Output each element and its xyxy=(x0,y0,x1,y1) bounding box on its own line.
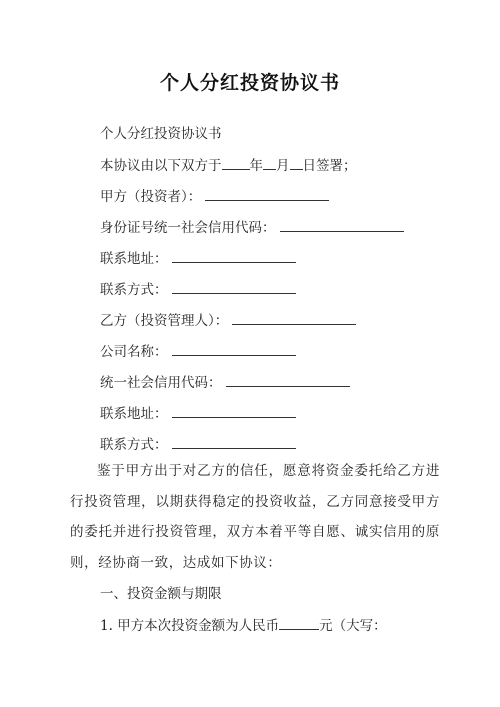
section-1-heading: 一、投资金额与期限 xyxy=(100,584,222,604)
party-b-contact-blank[interactable] xyxy=(172,434,296,449)
item-1-suffix: 元（大写： xyxy=(319,618,387,634)
party-b-credit-code-label: 统一社会信用代码： xyxy=(100,375,222,391)
party-a-blank[interactable] xyxy=(205,186,329,201)
investment-amount-blank[interactable] xyxy=(279,615,319,630)
party-b-company-label: 公司名称： xyxy=(100,344,168,360)
party-b-label: 乙方（投资管理人）： xyxy=(100,313,228,329)
party-a-label: 甲方（投资者）： xyxy=(100,189,201,205)
party-b-company-blank[interactable] xyxy=(172,341,296,356)
party-a-contact-line: 联系方式： xyxy=(100,279,296,299)
party-a-address-label: 联系地址： xyxy=(100,251,168,267)
party-b-contact-label: 联系方式： xyxy=(100,437,168,453)
document-subtitle: 个人分红投资协议书 xyxy=(100,124,222,144)
party-b-credit-code-line: 统一社会信用代码： xyxy=(100,372,350,392)
party-a-id-line: 身份证号统一社会信用代码： xyxy=(100,217,404,237)
party-a-address-blank[interactable] xyxy=(172,248,296,263)
party-b-address-line: 联系地址： xyxy=(100,403,296,423)
party-a-id-blank[interactable] xyxy=(280,217,404,232)
section-1-item-1: 1. 甲方本次投资金额为人民币元（大写： xyxy=(100,615,387,635)
month-label: 月 xyxy=(276,158,290,174)
party-b-contact-line: 联系方式： xyxy=(100,434,296,454)
document-page: 个人分红投资协议书 个人分红投资协议书 本协议由以下双方于年月日签署； 甲方（投… xyxy=(0,0,500,707)
party-a-contact-blank[interactable] xyxy=(172,279,296,294)
year-label: 年 xyxy=(250,158,264,174)
document-title: 个人分红投资协议书 xyxy=(0,68,500,95)
year-blank[interactable] xyxy=(222,155,250,170)
party-b-line: 乙方（投资管理人）： xyxy=(100,310,356,330)
party-a-contact-label: 联系方式： xyxy=(100,282,168,298)
preamble-paragraph: 鉴于甲方出于对乙方的信任，愿意将资金委托给乙方进行投资管理，以期获得稳定的投资收… xyxy=(70,456,440,578)
party-b-credit-code-blank[interactable] xyxy=(226,372,350,387)
party-b-address-blank[interactable] xyxy=(172,403,296,418)
day-blank[interactable] xyxy=(290,155,303,170)
party-b-company-line: 公司名称： xyxy=(100,341,296,361)
signing-date-line: 本协议由以下双方于年月日签署； xyxy=(100,155,357,175)
party-a-address-line: 联系地址： xyxy=(100,248,296,268)
sign-prefix: 本协议由以下双方于 xyxy=(100,158,222,174)
party-a-id-label: 身份证号统一社会信用代码： xyxy=(100,220,276,236)
item-1-prefix: 1. 甲方本次投资金额为人民币 xyxy=(100,618,279,634)
party-b-address-label: 联系地址： xyxy=(100,406,168,422)
party-a-line: 甲方（投资者）： xyxy=(100,186,329,206)
party-b-blank[interactable] xyxy=(232,310,356,325)
day-label: 日签署； xyxy=(303,158,357,174)
month-blank[interactable] xyxy=(263,155,276,170)
